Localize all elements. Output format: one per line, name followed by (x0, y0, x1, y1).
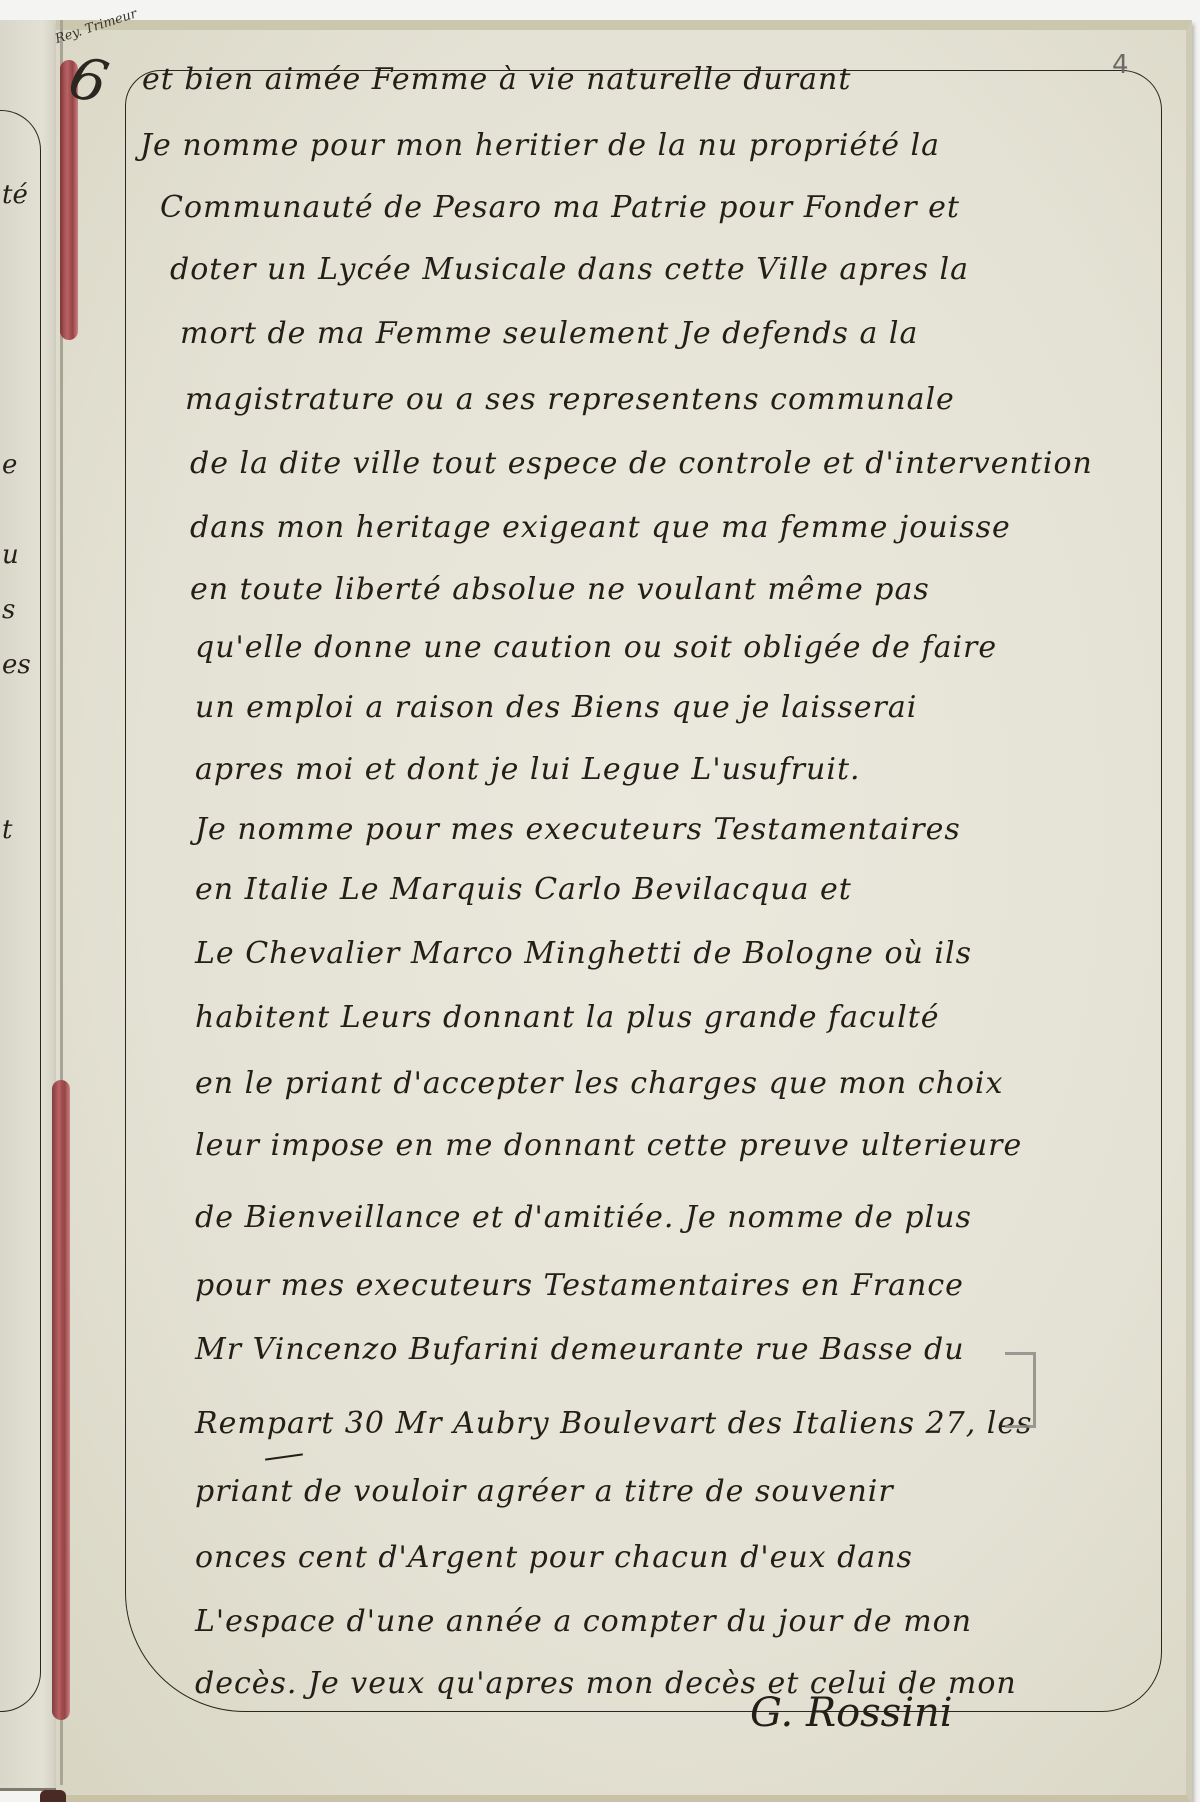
text-line: en le priant d'accepter les charges que … (195, 1066, 1003, 1101)
text-line: de la dite ville tout espece de controle… (190, 446, 1093, 481)
text-line: habitent Leurs donnant la plus grande fa… (195, 1000, 940, 1035)
text-line: de Bienveillance et d'amitiée. Je nomme … (195, 1200, 972, 1235)
text-line: priant de vouloir agréer a titre de souv… (195, 1474, 894, 1509)
text-line: Le Chevalier Marco Minghetti de Bologne … (195, 936, 972, 971)
text-line: onces cent d'Argent pour chacun d'eux da… (195, 1540, 913, 1575)
text-line: leur impose en me donnant cette preuve u… (195, 1128, 1022, 1163)
text-line: L'espace d'une année a compter du jour d… (195, 1604, 972, 1639)
text-line: qu'elle donne une caution ou soit obligé… (195, 630, 997, 665)
text-line: Rempart 30 Mr Aubry Boulevart des Italie… (195, 1406, 1033, 1441)
text-line: en Italie Le Marquis Carlo Bevilacqua et (195, 872, 852, 907)
text-line: dans mon heritage exigeant que ma femme … (190, 510, 1011, 545)
text-line: Communauté de Pesaro ma Patrie pour Fond… (160, 190, 960, 225)
text-line: en toute liberté absolue ne voulant même… (190, 572, 930, 607)
text-line: magistrature ou a ses representens commu… (185, 382, 955, 417)
manuscript-text: et bien aimée Femme à vie naturelle dura… (0, 0, 1200, 1802)
pencil-bracket-mark (1005, 1352, 1036, 1428)
signature: G. Rossini (750, 1690, 953, 1736)
text-line: Je nomme pour mes executeurs Testamentai… (195, 812, 961, 847)
text-line: mort de ma Femme seulement Je defends a … (180, 316, 918, 351)
text-line: Je nomme pour mon heritier de la nu prop… (140, 128, 940, 163)
text-line: Mr Vincenzo Bufarini demeurante rue Bass… (195, 1332, 965, 1367)
text-line: pour mes executeurs Testamentaires en Fr… (195, 1268, 964, 1303)
text-line: apres moi et dont je lui Legue L'usufrui… (195, 752, 861, 787)
text-line: un emploi a raison des Biens que je lais… (195, 690, 917, 725)
text-line: doter un Lycée Musicale dans cette Ville… (170, 252, 969, 287)
text-line: et bien aimée Femme à vie naturelle dura… (142, 62, 851, 97)
